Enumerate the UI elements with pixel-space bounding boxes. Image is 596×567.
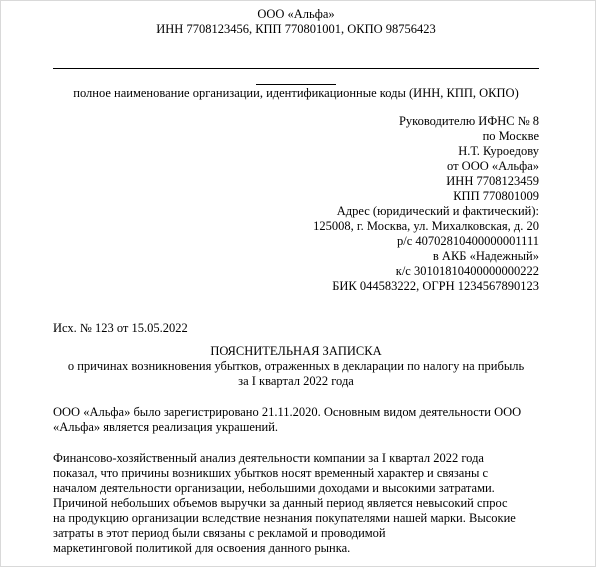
paragraph-registration-info: ООО «Альфа» было зарегистрировано 21.11.… bbox=[53, 405, 539, 435]
document-page: ООО «Альфа» ИНН 7708123456, КПП 77080100… bbox=[0, 0, 596, 567]
org-header-codes: ИНН 7708123456, КПП 770801001, ОКПО 9875… bbox=[53, 22, 539, 37]
document-title: ПОЯСНИТЕЛЬНАЯ ЗАПИСКА о причинах возникн… bbox=[53, 344, 539, 389]
org-header-caption: полное наименование организации, идентиф… bbox=[53, 86, 539, 101]
header-divider-line bbox=[53, 68, 539, 69]
short-underline bbox=[256, 84, 336, 85]
paragraph-loss-analysis: Финансово-хозяйственный анализ деятельно… bbox=[53, 451, 539, 556]
outgoing-reference: Исх. № 123 от 15.05.2022 bbox=[53, 321, 539, 336]
org-header-name: ООО «Альфа» bbox=[53, 7, 539, 22]
recipient-block: Руководителю ИФНС № 8 по Москве Н.Т. Кур… bbox=[53, 114, 539, 294]
